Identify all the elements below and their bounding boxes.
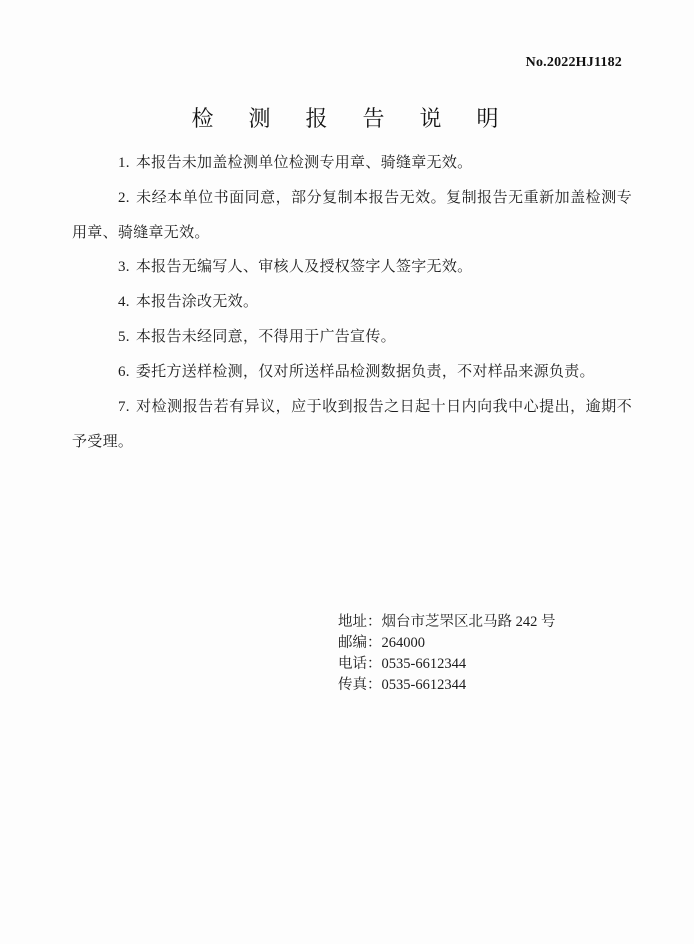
address-label: 地址： — [338, 614, 382, 630]
page-title: 检 测 报 告 说 明 — [0, 102, 694, 133]
note-text: 本报告涂改无效。 — [136, 292, 258, 310]
postcode-label: 邮编： — [338, 635, 382, 651]
postcode-value: 264000 — [382, 635, 426, 651]
note-text: 本报告未加盖检测单位检测专用章、骑缝章无效。 — [136, 153, 473, 171]
note-item-6: 6.委托方送样检测，仅对所送样品检测数据负责，不对样品来源负责。 — [72, 354, 632, 389]
phone-value: 0535-6612344 — [382, 656, 467, 672]
fax-row: 传真：0535-6612344 — [338, 675, 556, 696]
note-item-1: 1.本报告未加盖检测单位检测专用章、骑缝章无效。 — [72, 145, 632, 180]
note-item-3: 3.本报告无编写人、审核人及授权签字人签字无效。 — [72, 249, 632, 284]
note-item-5: 5.本报告未经同意，不得用于广告宣传。 — [72, 319, 632, 354]
address-row: 地址：烟台市芝罘区北马路 242 号 — [338, 612, 556, 633]
note-item-4: 4.本报告涂改无效。 — [72, 284, 632, 319]
phone-label: 电话： — [338, 656, 382, 672]
note-number: 2. — [118, 190, 130, 206]
note-number: 4. — [118, 294, 130, 310]
note-text: 本报告未经同意，不得用于广告宣传。 — [136, 327, 396, 345]
note-item-7: 7.对检测报告若有异议，应于收到报告之日起十日内向我中心提出，逾期不予受理。 — [72, 389, 632, 458]
note-text: 未经本单位书面同意，部分复制本报告无效。复制报告无重新加盖检测专用章、骑缝章无效… — [72, 188, 632, 241]
note-text: 委托方送样检测，仅对所送样品检测数据负责，不对样品来源负责。 — [136, 362, 595, 380]
address-value: 烟台市芝罘区北马路 242 号 — [382, 614, 556, 630]
contact-block: 地址：烟台市芝罘区北马路 242 号 邮编：264000 电话：0535-661… — [338, 612, 556, 696]
note-text: 对检测报告若有异议，应于收到报告之日起十日内向我中心提出，逾期不予受理。 — [72, 397, 632, 450]
document-page: No.2022HJ1182 检 测 报 告 说 明 1.本报告未加盖检测单位检测… — [0, 0, 694, 944]
note-number: 7. — [118, 399, 130, 415]
note-number: 5. — [118, 329, 130, 345]
postcode-row: 邮编：264000 — [338, 633, 556, 654]
fax-value: 0535-6612344 — [382, 677, 467, 693]
fax-label: 传真： — [338, 677, 382, 693]
phone-row: 电话：0535-6612344 — [338, 654, 556, 675]
note-number: 1. — [118, 155, 130, 171]
note-number: 3. — [118, 259, 130, 275]
note-text: 本报告无编写人、审核人及授权签字人签字无效。 — [136, 257, 473, 275]
report-number: No.2022HJ1182 — [526, 55, 622, 71]
notes-list: 1.本报告未加盖检测单位检测专用章、骑缝章无效。 2.未经本单位书面同意，部分复… — [72, 145, 632, 458]
note-number: 6. — [118, 364, 130, 380]
note-item-2: 2.未经本单位书面同意，部分复制本报告无效。复制报告无重新加盖检测专用章、骑缝章… — [72, 180, 632, 249]
